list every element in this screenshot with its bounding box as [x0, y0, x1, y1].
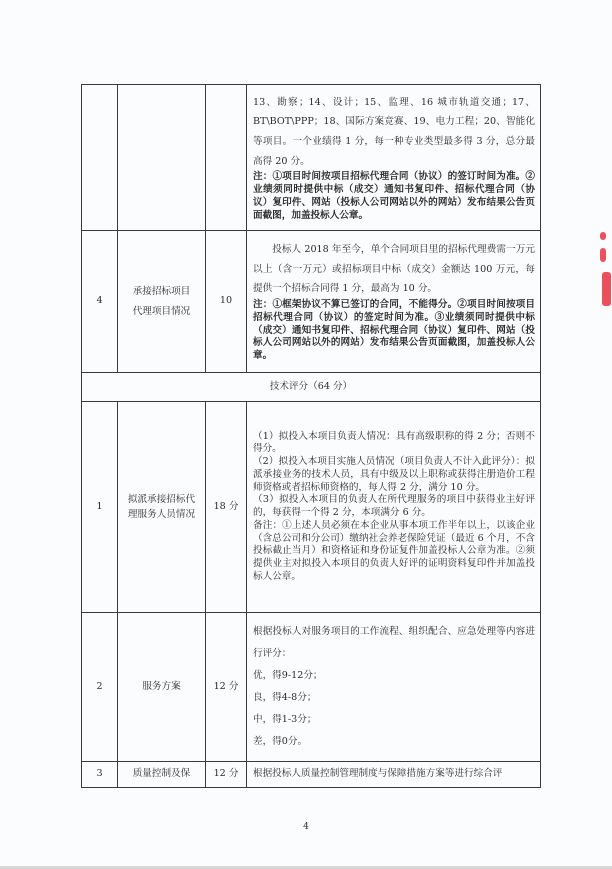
criteria-item: （3）拟投入本项目的负责人在所代理服务的项目中获得业主好评的，每获得一个得 2 …	[253, 494, 535, 520]
row-number	[82, 85, 118, 231]
row-score: 12 分	[206, 613, 247, 762]
row-criteria: （1）拟投入本项目负责人情况：具有高级职称的得 2 分；否则不得分。 （2）拟投…	[247, 402, 541, 613]
row-criteria: 根据投标人质量控制管理制度与保障措施方案等进行综合评	[247, 762, 541, 788]
criteria-text: 投标人 2018 年至今，单个合同项目里的招标代理费需一万元以上（含一万元）或招…	[253, 240, 535, 299]
red-seal-stamp-edge	[600, 232, 606, 240]
row-criteria: 根据投标人对服务项目的工作流程、组织配合、应急处理等内容进行评分： 优，得9-1…	[247, 613, 541, 762]
row-item-name: 质量控制及保	[118, 762, 206, 788]
table-row: 4 承接招标项目代理项目情况 10 投标人 2018 年至今，单个合同项目里的招…	[82, 231, 541, 373]
criteria-item: （1）拟投入本项目负责人情况：具有高级职称的得 2 分；否则不得分。	[253, 431, 535, 457]
row-number: 2	[82, 613, 118, 762]
criteria-grade: 优，得9-12分；	[253, 665, 535, 687]
page-number: 4	[0, 822, 612, 832]
section-title: 技术评分（64 分）	[82, 373, 541, 402]
criteria-item: 根据投标人对服务项目的工作流程、组织配合、应急处理等内容进行评分：	[253, 621, 535, 665]
row-item-name	[118, 85, 206, 231]
red-seal-stamp-edge	[602, 272, 611, 306]
row-item-name: 承接招标项目代理项目情况	[118, 231, 206, 373]
scoring-table: 13、勘察；14、设计；15、监理、16 城市轨道交通；17、BT\BOT\PP…	[81, 84, 541, 788]
criteria-grade: 良，得4-8分；	[253, 687, 535, 709]
row-item-name: 拟派承接招标代理服务人员情况	[118, 402, 206, 613]
criteria-note: 注：①框架协议不算已签订的合同，不能得分。②项目时间按项目招标代理合同（协议）的…	[253, 299, 535, 363]
criteria-remark: 备注：①上述人员必须在本企业从事本项工作半年以上，以该企业（含总公司和分公司）缴…	[253, 520, 535, 584]
criteria-text: 13、勘察；14、设计；15、监理、16 城市轨道交通；17、BT\BOT\PP…	[253, 93, 535, 172]
row-item-name: 服务方案	[118, 613, 206, 762]
row-number: 4	[82, 231, 118, 373]
section-header-row: 技术评分（64 分）	[82, 373, 541, 402]
row-number: 1	[82, 402, 118, 613]
row-score: 12 分	[206, 762, 247, 788]
criteria-grade: 中，得1-3分；	[253, 709, 535, 731]
criteria-item: （2）拟投入本项目实施人员情况（项目负责人不计入此评分）：拟派承接业务的技术人员…	[253, 456, 535, 494]
row-score	[206, 85, 247, 231]
table-row: 13、勘察；14、设计；15、监理、16 城市轨道交通；17、BT\BOT\PP…	[82, 85, 541, 231]
row-number: 3	[82, 762, 118, 788]
row-score: 10	[206, 231, 247, 373]
row-criteria: 投标人 2018 年至今，单个合同项目里的招标代理费需一万元以上（含一万元）或招…	[247, 231, 541, 373]
table-row: 1 拟派承接招标代理服务人员情况 18 分 （1）拟投入本项目负责人情况：具有高…	[82, 402, 541, 613]
row-score: 18 分	[206, 402, 247, 613]
red-seal-stamp-edge	[600, 248, 606, 262]
table-row: 2 服务方案 12 分 根据投标人对服务项目的工作流程、组织配合、应急处理等内容…	[82, 613, 541, 762]
table-row: 3 质量控制及保 12 分 根据投标人质量控制管理制度与保障措施方案等进行综合评	[82, 762, 541, 788]
criteria-grade: 差，得0分。	[253, 731, 535, 753]
criteria-note: 注：①项目时间按项目招标代理合同（协议）的签订时间为准。②业绩须同时提供中标（成…	[253, 171, 535, 222]
row-criteria: 13、勘察；14、设计；15、监理、16 城市轨道交通；17、BT\BOT\PP…	[247, 85, 541, 231]
